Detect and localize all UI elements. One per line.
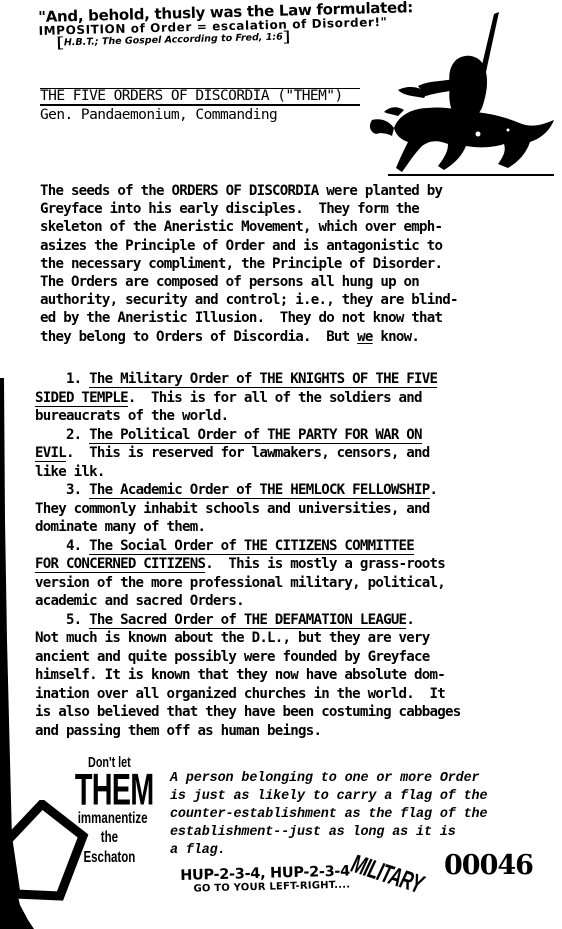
order-line-text: version of the more professional militar… <box>35 575 445 591</box>
order-line-text: and passing them off as human beings. <box>35 723 321 739</box>
order-line-prefix: 1. <box>35 371 89 387</box>
order-line: 1. The Military Order of THE KNIGHTS OF … <box>35 370 545 389</box>
order-name-underlined: SIDED TEMPLE <box>35 390 128 407</box>
intro-line: the necessary compliment, the Principle … <box>40 255 540 273</box>
order-name-underlined: The Sacred Order of THE DEFAMATION LEAGU… <box>89 612 406 629</box>
order-line-text: is also believed that they have been cos… <box>35 704 460 720</box>
orders-list: 1. The Military Order of THE KNIGHTS OF … <box>35 370 545 740</box>
intro-line-text: they belong to Orders of Discordia. But <box>40 329 357 345</box>
order-item: 1. The Military Order of THE KNIGHTS OF … <box>35 370 545 426</box>
quote-line: counter-establishment as the flag of the <box>170 806 550 824</box>
order-line: SIDED TEMPLE. This is for all of the sol… <box>35 389 545 408</box>
intro-line: Greyface into his early disciples. They … <box>40 200 540 218</box>
emphasis-we: we <box>357 329 372 345</box>
order-line: EVIL. This is reserved for lawmakers, ce… <box>35 444 545 463</box>
order-line-text: bureaucrats of the world. <box>35 408 228 424</box>
order-line: 5. The Sacred Order of THE DEFAMATION LE… <box>35 611 545 630</box>
order-line: 4. The Social Order of THE CITIZENS COMM… <box>35 537 545 556</box>
order-line: version of the more professional militar… <box>35 574 545 593</box>
order-name-underlined: The Political Order of THE PARTY FOR WAR… <box>89 427 422 444</box>
order-line: They commonly inhabit schools and univer… <box>35 500 545 519</box>
order-line-text: ination over all organized churches in t… <box>35 686 445 702</box>
order-name-underlined: The Social Order of THE CITIZENS COMMITT… <box>89 538 414 555</box>
order-line: Not much is known about the D.L., but th… <box>35 629 545 648</box>
order-line-prefix: 3. <box>35 482 89 498</box>
order-line-text: like ilk. <box>35 464 105 480</box>
intro-line: authority, security and control; i.e., t… <box>40 291 540 309</box>
page-title: THE FIVE ORDERS OF DISCORDIA ("THEM") <box>40 88 360 106</box>
order-name-underlined: FOR CONCERNED CITIZENS <box>35 556 205 573</box>
intro-line: ed by the Aneristic Illusion. They do no… <box>40 309 540 327</box>
order-line-prefix: 4. <box>35 538 89 554</box>
order-line-prefix: 2. <box>35 427 89 443</box>
title-block: THE FIVE ORDERS OF DISCORDIA ("THEM") Ge… <box>40 88 360 123</box>
order-line-text: ancient and quite possibly were founded … <box>35 649 430 665</box>
order-line-text: . This is reserved for lawmakers, censor… <box>66 445 430 461</box>
slogan-block: Don't let THEM immanentize the Eschaton <box>82 755 144 868</box>
page-number-stamp: 00046 <box>444 850 533 881</box>
order-line-text: Not much is known about the D.L., but th… <box>35 630 430 646</box>
order-line: FOR CONCERNED CITIZENS. This is mostly a… <box>35 555 545 574</box>
order-item: 4. The Social Order of THE CITIZENS COMM… <box>35 537 545 611</box>
order-name-underlined: The Military Order of THE KNIGHTS OF THE… <box>89 371 437 388</box>
order-line: dominate many of them. <box>35 518 545 537</box>
order-line: is also believed that they have been cos… <box>35 703 545 722</box>
order-item: 3. The Academic Order of THE HEMLOCK FEL… <box>35 481 545 537</box>
order-name-underlined: EVIL <box>35 445 66 462</box>
slogan-line-4: the <box>75 828 144 848</box>
intro-line: asizes the Principle of Order and is ant… <box>40 237 540 255</box>
order-line-text: dominate many of them. <box>35 519 205 535</box>
quote-line: establishment--just as long as it is <box>170 824 550 842</box>
intro-line: The Orders are composed of persons all h… <box>40 273 540 291</box>
order-line: academic and sacred Orders. <box>35 592 545 611</box>
order-line: 3. The Academic Order of THE HEMLOCK FEL… <box>35 481 545 500</box>
intro-line: The seeds of the ORDERS OF DISCORDIA wer… <box>40 182 540 200</box>
order-name-underlined: The Academic Order of THE HEMLOCK FELLOW… <box>89 482 429 499</box>
order-line-text: . This is for all of the soldiers and <box>128 390 422 406</box>
quote-line: A person belonging to one or more Order <box>170 770 550 788</box>
order-line-text: They commonly inhabit schools and univer… <box>35 501 430 517</box>
quote-line: is just as likely to carry a flag of the <box>170 788 550 806</box>
order-line: ination over all organized churches in t… <box>35 685 545 704</box>
intro-line: skeleton of the Aneristic Movement, whic… <box>40 218 540 236</box>
order-item: 2. The Political Order of THE PARTY FOR … <box>35 426 545 482</box>
order-line-text: . This is mostly a grass-roots <box>205 556 445 572</box>
slogan-line-5: Eschaton <box>75 848 144 868</box>
order-line-text: himself. It is known that they now have … <box>35 667 445 683</box>
page-edge-shadow <box>0 0 40 929</box>
order-line: and passing them off as human beings. <box>35 722 545 741</box>
order-line-text: . <box>406 612 414 628</box>
slogan-them: THEM <box>75 769 144 812</box>
order-line: bureaucrats of the world. <box>35 407 545 426</box>
order-line: like ilk. <box>35 463 545 482</box>
order-line: ancient and quite possibly were founded … <box>35 648 545 667</box>
document-page: "And, behold, thusly was the Law formula… <box>0 0 562 929</box>
intro-paragraph: The seeds of the ORDERS OF DISCORDIA wer… <box>40 182 540 346</box>
order-line: 2. The Political Order of THE PARTY FOR … <box>35 426 545 445</box>
order-line-text: . <box>430 482 438 498</box>
order-line-prefix: 5. <box>35 612 89 628</box>
knight-on-horse-icon <box>358 8 558 180</box>
order-line: himself. It is known that they now have … <box>35 666 545 685</box>
quote-block: A person belonging to one or more Orderi… <box>170 770 550 860</box>
page-subtitle: Gen. Pandaemonium, Commanding <box>40 107 360 123</box>
intro-ending: know. <box>373 329 419 345</box>
order-item: 5. The Sacred Order of THE DEFAMATION LE… <box>35 611 545 741</box>
order-line-text: academic and sacred Orders. <box>35 593 244 609</box>
intro-line-last: they belong to Orders of Discordia. But … <box>40 328 540 346</box>
chant-block: HUP-2-3-4, HUP-2-3-4 GO TO YOUR LEFT-RIG… <box>180 864 350 896</box>
